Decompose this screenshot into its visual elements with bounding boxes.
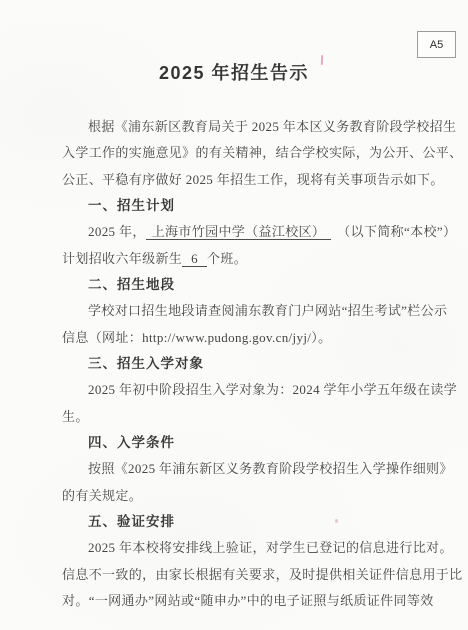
section4-line-2: 的有关规定。 [62, 483, 460, 509]
section2-line-1: 学校对口招生地段请查阅浦东教育门户网站“招生考试”栏公示 [62, 298, 460, 324]
intro-line-3: 公正、平稳有序做好 2025 年招生工作，现将有关事项告示如下。 [62, 167, 460, 193]
section3-line-1: 2025 年初中阶段招生入学对象为：2024 学年小学五年级在读学 [62, 377, 460, 403]
section5-line-3: 对。“一网通办”网站或“随申办”中的电子证照与纸质证件同等效 [62, 588, 460, 614]
document-body: 根据《浦东新区教育局关于 2025 年本区义务教育阶段学校招生 入学工作的实施意… [62, 114, 460, 614]
section5-line-1: 2025 年本校将安排线上验证，对学生已登记的信息进行比对。 [62, 535, 460, 561]
section4-line-1: 按照《2025 年浦东新区义务教育阶段学校招生入学操作细则》 [62, 456, 460, 482]
intro-line-2: 入学工作的实施意见》的有关精神，结合学校实际，为公开、公平、 [62, 140, 460, 166]
section1-line-1: 2025 年，上海市竹园中学（益江校区）（以下简称“本校”） [62, 219, 460, 245]
section3-heading: 三、招生入学对象 [62, 351, 460, 377]
document-page: A5 2025 年招生告示 根据《浦东新区教育局关于 2025 年本区义务教育阶… [0, 0, 468, 630]
section2-heading: 二、招生地段 [62, 272, 460, 298]
section1-line-2: 计划招收六年级新生6个班。 [62, 246, 460, 272]
section5-heading: 五、验证安排 [62, 509, 460, 535]
section4-heading: 四、入学条件 [62, 430, 460, 456]
section1-line2-suffix: 个班。 [207, 251, 247, 266]
intro-line-1: 根据《浦东新区教育局关于 2025 年本区义务教育阶段学校招生 [62, 114, 460, 140]
document-title: 2025 年招生告示 [0, 59, 468, 85]
page-size-label: A5 [417, 31, 456, 58]
class-count-underlined: 6 [182, 251, 207, 267]
section5-line-2: 信息不一致的，由家长根据有关要求，及时提供相关证件信息用于比 [62, 562, 460, 588]
section2-line-2: 信息（网址：http://www.pudong.gov.cn/jyj/）。 [62, 325, 460, 351]
section3-line-2: 生。 [62, 404, 460, 430]
section1-line1-suffix: （以下简称“本校”） [337, 224, 456, 239]
section1-heading: 一、招生计划 [62, 193, 460, 219]
page-size-label-text: A5 [430, 39, 443, 51]
section1-line1-prefix: 2025 年， [88, 224, 146, 239]
section1-line2-prefix: 计划招收六年级新生 [62, 251, 182, 266]
school-name-underlined: 上海市竹园中学（益江校区） [146, 224, 332, 240]
